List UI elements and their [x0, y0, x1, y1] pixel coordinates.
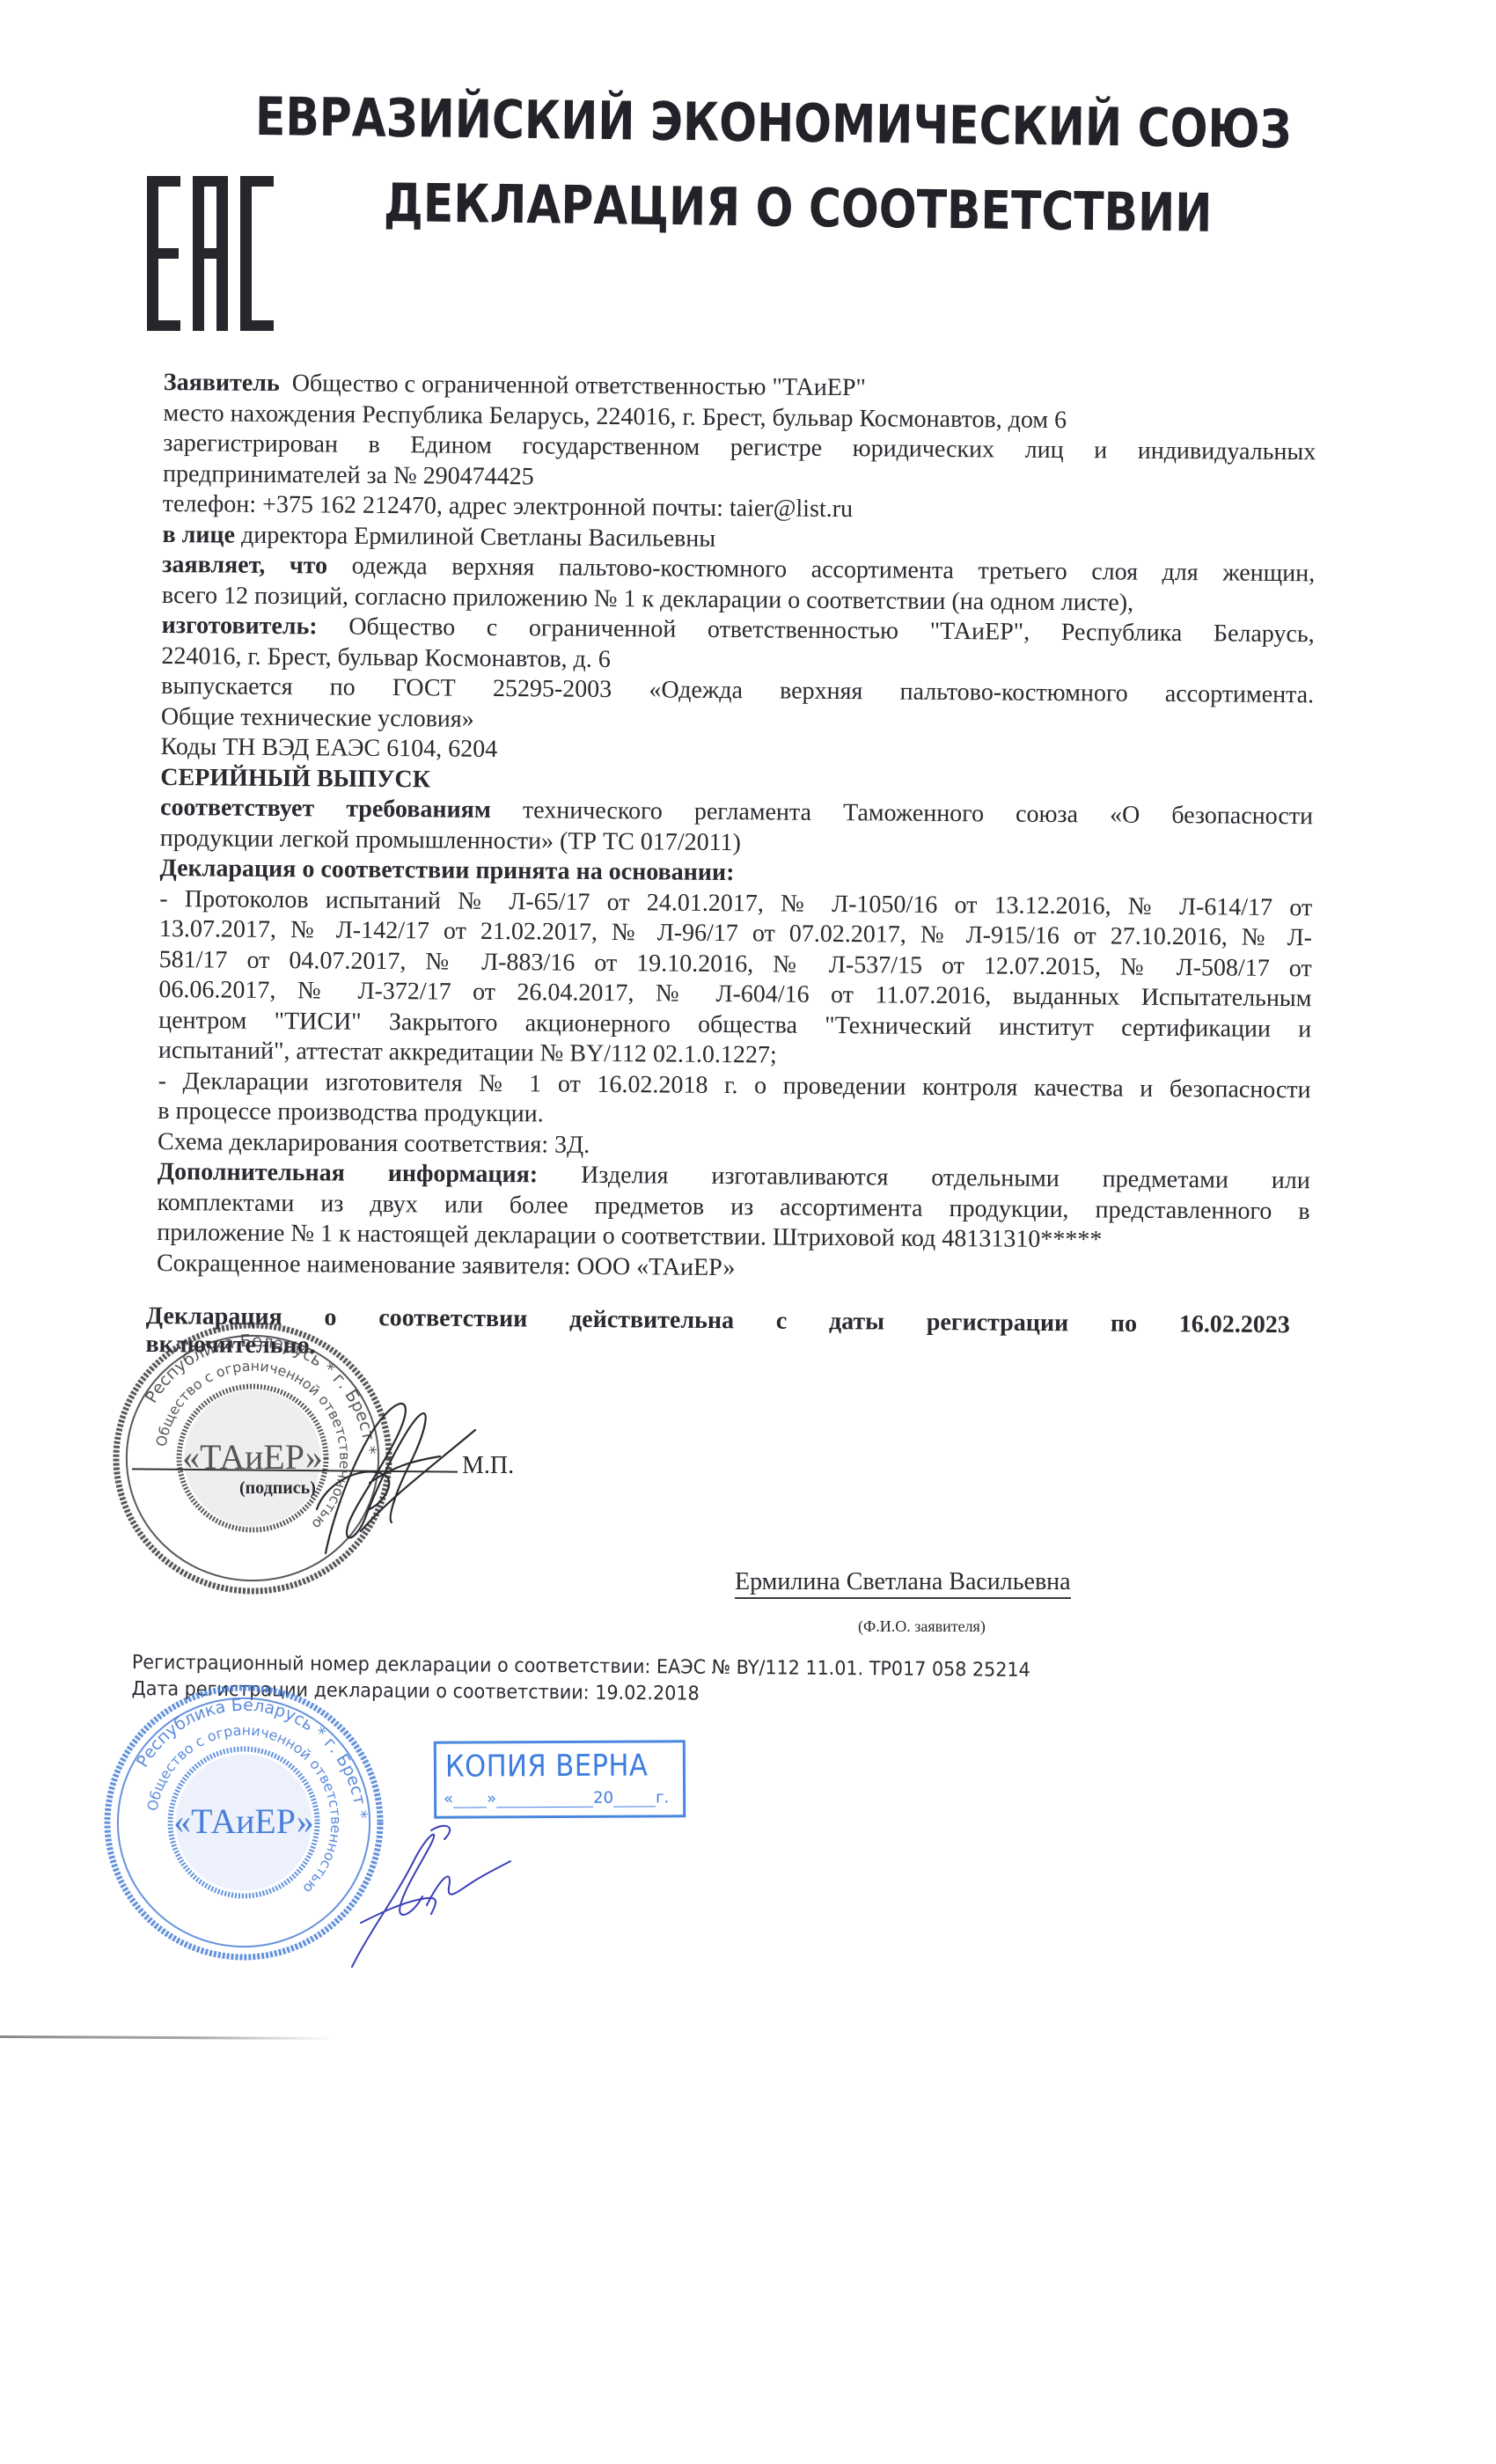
manufacturer-line-1: Общество с ограниченной ответственностью… [348, 613, 1315, 649]
declares-label: заявляет, что [162, 551, 327, 579]
document-title: ДЕКЛАРАЦИЯ О СООТВЕТСТВИИ [384, 172, 1213, 245]
declaration-page: ЕВРАЗИЙСКИЙ ЭКОНОМИЧЕСКИЙ СОЮЗ ДЕКЛАРАЦИ… [0, 0, 1496, 2464]
applicant-name-caption: (Ф.И.О. заявителя) [858, 1617, 986, 1636]
applicant-full-name: Ермилина Светлана Васильевна [735, 1568, 1071, 1599]
represented-by: директора Ермилиной Светланы Васильевны [241, 521, 715, 552]
eac-logo-icon [145, 174, 275, 333]
date-close-quote: » [487, 1789, 496, 1808]
product-line-1: одежда верхняя пальтово-костюмного ассор… [352, 553, 1316, 588]
union-title: ЕВРАЗИЙСКИЙ ЭКОНОМИЧЕСКИЙ СОЮЗ [255, 86, 1292, 161]
copy-certified-stamp: КОПИЯ ВЕРНА «»20г. [434, 1740, 686, 1818]
applicant-label: Заявитель [164, 369, 280, 397]
declaration-body: Заявитель Общество с ограниченной ответс… [157, 368, 1316, 1287]
applicant-name: Общество с ограниченной ответственностью… [292, 370, 866, 401]
date-open-quote: « [444, 1790, 453, 1808]
handwritten-signature-blue-icon [343, 1817, 519, 1976]
company-seal-stamp-blue: Республика Беларусь * г. Брест * Обществ… [104, 1683, 384, 1962]
complies-line-1: технического регламента Таможенного союз… [523, 796, 1313, 830]
year-suffix: г. [656, 1788, 669, 1807]
scan-edge-line [0, 2035, 334, 2040]
copy-certified-title: КОПИЯ ВЕРНА [445, 1748, 649, 1784]
stamp-center-text: «ТАиЕР» [173, 1802, 313, 1841]
complies-label: соответствует требованиям [160, 794, 491, 824]
additional-info-line-1: Изделия изготавливаются отдельными предм… [581, 1162, 1310, 1195]
year-prefix: 20 [593, 1789, 613, 1808]
represented-label: в лице [162, 520, 235, 548]
handwritten-signature-icon [264, 1377, 493, 1580]
copy-certified-date: «»20г. [444, 1788, 669, 1808]
additional-info-label: Дополнительная информация: [158, 1158, 539, 1188]
manufacturer-label: изготовитель: [162, 612, 318, 640]
